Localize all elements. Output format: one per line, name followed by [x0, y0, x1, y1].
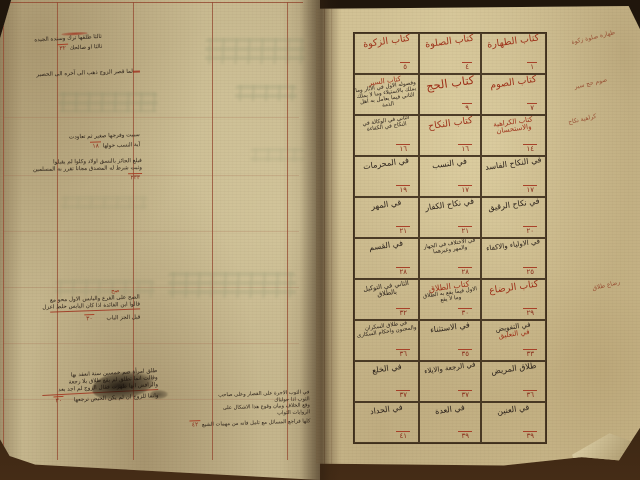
toc-page-number: ١٧: [458, 185, 472, 194]
toc-cell: كتاب الكراهية والاستحسان١٤: [481, 115, 546, 156]
ghost-text: [58, 92, 158, 112]
toc-entry: كتاب الصلوة: [425, 34, 475, 50]
toc-entry: في العدة: [435, 404, 466, 416]
contents-table: كتاب الطهارة١كتاب الصلوة٤كتاب الزكوة٥كتا…: [353, 32, 547, 444]
toc-entry: كتاب الصوم: [490, 75, 538, 91]
note-line: قبل الجز الباب ٣٠: [50, 311, 140, 324]
toc-entry-text: في الحداد: [370, 404, 404, 417]
toc-page-number: ٢١: [396, 226, 410, 235]
toc-entry-text: في المهر: [371, 199, 402, 211]
toc-cell: في التفويضفي التعليق٣٣: [481, 320, 546, 361]
toc-entry-text: كتاب الرضاع: [488, 280, 539, 297]
toc-cell: في الاولياء والاكفاء٢٥: [481, 238, 546, 279]
toc-page-number: ٣٠: [458, 308, 472, 317]
toc-entry-text: في المحرمات: [363, 157, 410, 172]
ghost-text: [205, 38, 305, 64]
toc-entry: في الخلع: [371, 363, 402, 375]
toc-entry-text: في الاولياء والاكفاء: [486, 238, 541, 253]
toc-entry: في الاستثناء: [430, 321, 471, 335]
toc-entry: في الرجعة والايلاء: [424, 361, 476, 375]
toc-cell: في الاستثناء٣٥: [419, 320, 481, 361]
toc-page-number: ١٩: [396, 185, 410, 194]
toc-entry-text: كتاب الصوم: [490, 75, 538, 91]
toc-page-number: ٣٩: [523, 431, 537, 440]
toc-entry-text: في القسم: [369, 240, 404, 253]
toc-cell: في المهر٢١: [354, 197, 419, 238]
toc-page-number: ٢٠: [523, 226, 537, 235]
toc-cell: في طلاق السكران والمجنون واحكام السكارى٣…: [354, 320, 419, 361]
toc-entry: كتاب الطلاقالاول فيما يقع به الطلاق وما …: [420, 279, 480, 307]
toc-page-number: ٩: [462, 103, 472, 112]
toc-cell: في الاختلاف في الجهاز والمهر وغيرهما٢٨: [419, 238, 481, 279]
toc-page-number: ٣٧: [458, 390, 472, 399]
note-number: ٣٠: [53, 396, 64, 405]
toc-page-number: ٣٦: [396, 349, 410, 358]
toc-cell: طلاق المريض٣٦: [481, 361, 546, 402]
toc-entry: في نكاح الكفار: [425, 198, 475, 213]
red-mark: [133, 70, 140, 72]
toc-entry: في التفويضفي التعليق: [495, 322, 532, 341]
toc-entry-text: في نكاح الكفار: [425, 198, 475, 213]
toc-cell: كتاب الصلوة٤: [419, 33, 481, 74]
toc-entry: في العنين: [497, 404, 530, 417]
toc-entry: في طلاق السكران والمجنون واحكام السكارى: [355, 320, 417, 340]
toc-cell: في المحرمات١٩: [354, 156, 419, 197]
ruling-line-faint: [3, 117, 299, 118]
toc-entry-text: في الاستثناء: [430, 321, 471, 335]
toc-page-number: ٢١: [458, 226, 472, 235]
marginal-note: فبلغ الجائز بالنسق اولاد وكلوا لم يقبلوا…: [28, 158, 142, 184]
toc-cell: في الحداد٤١: [354, 402, 419, 443]
ghost-text: [235, 85, 297, 101]
margin-note: رضاع طلاق: [592, 279, 621, 292]
toc-entry: في الحداد: [370, 404, 404, 417]
toc-cell: كتاب الصوم٧: [481, 74, 546, 115]
toc-cell: الثاني في التوكيل بالطلاق٣٢: [354, 279, 419, 320]
toc-page-number: ٢٨: [396, 267, 410, 276]
toc-entry-text: الثاني في التوكيل بالطلاق: [355, 279, 417, 300]
toc-entry-text: كتاب الكراهية والاستحسان: [482, 115, 544, 137]
marginal-note: صح الصح على الفرع واليابس الاول محو مع ق…: [49, 287, 140, 324]
note-number: ٣٢: [57, 44, 68, 53]
toc-page-number: ١٤: [523, 144, 537, 153]
toc-entry-text: كتاب الصلوة: [425, 34, 475, 50]
toc-cell: في الرجعة والايلاء٣٧: [419, 361, 481, 402]
toc-page-number: ٢٨: [458, 267, 472, 276]
ghost-text: [168, 272, 296, 298]
toc-page-number: ١٧: [523, 185, 537, 194]
toc-entry: في القسم: [369, 240, 404, 253]
note-line: كلها فراجع المسائل مع تامل فانه من مهمات…: [210, 415, 310, 428]
toc-page-number: ٣٥: [458, 349, 472, 358]
toc-cell: في نكاح الكفار٢١: [419, 197, 481, 238]
note-line: لما قصر الزوج ذهب الى آخره الى الحصير: [50, 68, 142, 78]
margin-note: صوم حج سير: [574, 76, 608, 90]
toc-cell: الثاني في الوكالة في النكاح في الكفاءة١٦: [354, 115, 419, 156]
toc-entry: في المحرمات: [363, 157, 410, 172]
toc-entry: كتاب الزكوة: [362, 34, 410, 50]
toc-entry: في النكاح الفاسد: [485, 156, 542, 172]
toc-entry-text: في العنين: [497, 404, 530, 417]
toc-entry: في نكاح الرقيق: [487, 197, 539, 212]
marginal-note: في الثوب الاجرة على القصار وعلى صاحب الث…: [209, 389, 310, 428]
toc-cell: في الخلع٣٧: [354, 361, 419, 402]
toc-cell: في العدة٣٩: [419, 402, 481, 443]
toc-page-number: ١٦: [396, 144, 410, 153]
toc-cell: كتاب الزكوة٥: [354, 33, 419, 74]
toc-page-number: ٤١: [396, 431, 410, 440]
toc-page-number: ٧: [527, 103, 537, 112]
ruling-line: [3, 2, 303, 3]
note-number: ١٨: [90, 141, 101, 150]
note-number: ٣٠: [84, 314, 95, 323]
ruling-line-faint: [3, 343, 299, 344]
toc-entry-text: كتاب الحج: [425, 75, 475, 93]
toc-page-number: ٢٥: [523, 267, 537, 276]
toc-cell: كتاب السيروفصوله الاول في الآثار وما يمل…: [354, 74, 419, 115]
toc-entry: في النسب: [432, 158, 468, 171]
toc-entry-text: طلاق المريض: [490, 362, 536, 376]
page-crease: [324, 6, 325, 468]
toc-cell: كتاب الرضاع٢٩: [481, 279, 546, 320]
toc-entry-text: كتاب الزكوة: [362, 34, 410, 50]
toc-entry: الثاني في الوكالة في النكاح في الكفاءة: [355, 115, 417, 135]
note-number: ٤٢: [190, 420, 201, 429]
toc-entry: كتاب السيروفصوله الاول في الآثار وما يمل…: [354, 74, 419, 113]
toc-entry: طلاق المريض: [490, 362, 536, 376]
toc-cell: كتاب النكاح١٦: [419, 115, 481, 156]
toc-cell: كتاب الطهارة١: [481, 33, 546, 74]
page-fold-corner: [572, 430, 640, 470]
toc-entry: في الاختلاف في الجهاز والمهر وغيرهما: [420, 238, 479, 258]
toc-entry-text: كتاب النكاح: [427, 116, 473, 132]
toc-cell: في النسب١٧: [419, 156, 481, 197]
toc-page-number: ٣٣: [523, 349, 537, 358]
toc-page-number: ٣٧: [396, 390, 410, 399]
toc-entry: كتاب الرضاع: [488, 280, 539, 297]
page-crease: [331, 6, 332, 468]
toc-entry-text: في النكاح الفاسد: [485, 156, 542, 172]
toc-page-number: ٣٢: [396, 308, 410, 317]
toc-entry: كتاب النكاح: [427, 116, 473, 132]
left-page: ثالثا طلقها ترك وسنده الجيده ثالثا او صا…: [0, 0, 320, 480]
toc-entry: في الاولياء والاكفاء: [486, 238, 541, 253]
right-page: كتاب الطهارة١كتاب الصلوة٤كتاب الزكوة٥كتا…: [316, 6, 640, 472]
marginal-note: لما قصر الزوج ذهب الى آخره الى الحصير: [50, 68, 142, 78]
toc-page-number: ٥: [400, 62, 410, 71]
toc-entry-text: في الخلع: [371, 363, 402, 375]
toc-entry: في المهر: [371, 199, 402, 211]
toc-page-number: ٣٩: [458, 431, 472, 440]
toc-entry-text: في العدة: [435, 404, 466, 416]
toc-page-number: ١٦: [458, 144, 472, 153]
margin-note: كراهية نكاح: [568, 113, 597, 126]
toc-entry-text: كتاب الطهارة: [487, 33, 540, 50]
toc-entry-text: في النسب: [432, 158, 468, 171]
toc-page-number: ٢٩: [523, 308, 537, 317]
toc-entry: كتاب الكراهية والاستحسان: [482, 115, 544, 137]
toc-entry-text: الثاني في الوكالة في النكاح في الكفاءة: [355, 115, 417, 135]
note-number: ٢٣٣: [128, 173, 142, 182]
toc-entry: كتاب الحج: [425, 75, 475, 93]
ghost-text: [250, 148, 305, 162]
marginal-note: ثالثا طلقها ترك وسنده الجيده ثالثا او صا…: [20, 31, 103, 55]
toc-page-number: ٤: [462, 62, 472, 71]
ghost-text: [60, 196, 148, 209]
toc-cell: كتاب الطلاقالاول فيما يقع به الطلاق وما …: [419, 279, 481, 320]
toc-entry-text: في طلاق السكران والمجنون واحكام السكارى: [355, 320, 417, 340]
toc-entry: الثاني في التوكيل بالطلاق: [355, 279, 417, 300]
toc-cell: كتاب الحج٩: [419, 74, 481, 115]
toc-cell: في النكاح الفاسد١٧: [481, 156, 546, 197]
ink-smudge: [150, 390, 168, 399]
toc-entry-text: في الاختلاف في الجهاز والمهر وغيرهما: [420, 238, 479, 258]
toc-page-number: ٣٦: [523, 390, 537, 399]
toc-entry-text: في الرجعة والايلاء: [424, 361, 476, 375]
toc-cell: في القسم٢٨: [354, 238, 419, 279]
margin-note: طهارة صلوة زكوة: [571, 29, 616, 46]
manuscript-scan: ثالثا طلقها ترك وسنده الجيده ثالثا او صا…: [0, 0, 640, 480]
marginal-note: سببت وفرجها صغير ثم تعاودت آية النسب حول…: [28, 132, 141, 153]
note-line: ٢٣٣: [28, 172, 142, 184]
toc-cell: في العنين٣٩: [481, 402, 546, 443]
toc-entry-text: في نكاح الرقيق: [487, 197, 539, 212]
toc-entry: كتاب الطهارة: [487, 33, 540, 50]
toc-cell: في نكاح الرقيق٢٠: [481, 197, 546, 238]
ruling-line-faint: [3, 231, 299, 232]
toc-page-number: ١: [527, 62, 537, 71]
